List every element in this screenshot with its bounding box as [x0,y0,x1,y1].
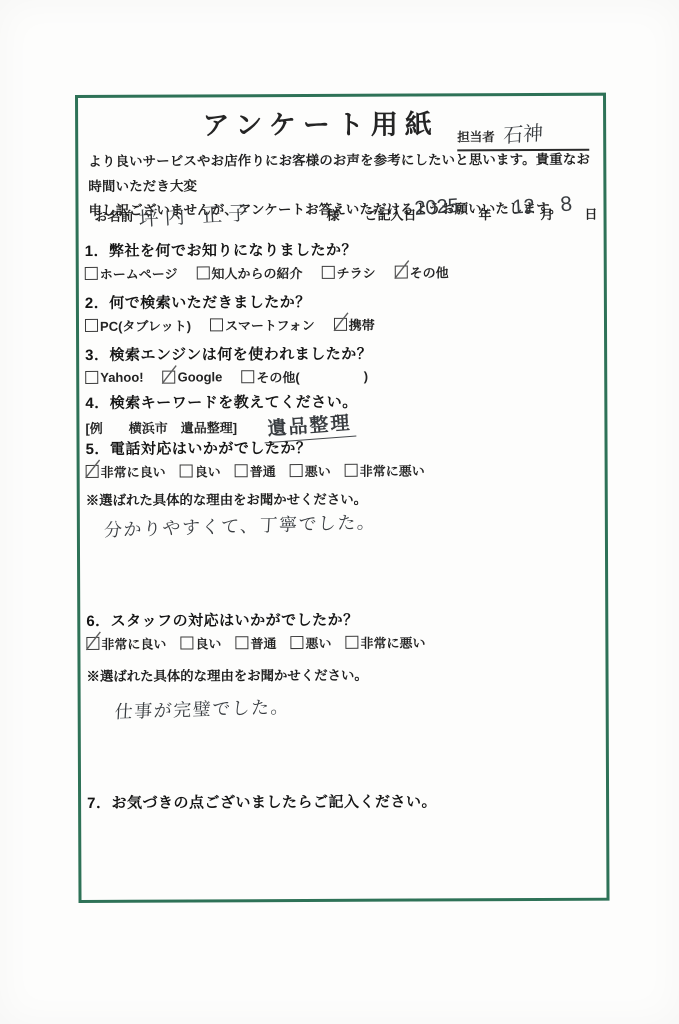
option-good: 良い [180,633,221,652]
option-normal: 普通 [235,461,276,480]
option-good: 良い [180,461,221,480]
checkbox [345,464,358,477]
checkmark-icon [161,365,181,389]
question-7-heading: 7．お気づきの点ございましたらご記入ください。 [87,790,596,813]
option-referral: 知人からの紹介 [196,263,302,282]
question-6-reason-note: ※選ばれた具体的な理由をお聞かせください。 [86,664,595,685]
option-normal: 普通 [235,633,276,652]
option-label: 悪い [305,461,331,480]
month-handwritten: 12 [512,195,536,219]
option-label: 非常に悪い [360,632,425,651]
respondent-row: お名前 坪内 正子 様 ご記入日 2025 年 12 月 8 日 [88,196,593,238]
checkmark-icon [332,312,352,336]
question-1-heading: 1．弊社を何でお知りになりましたか？ [85,238,594,261]
question-6-reason-handwritten: 仕事が完璧でした。 [114,683,596,724]
checkbox [334,318,347,331]
option-label: その他( [256,367,299,386]
checkbox [86,465,99,478]
option-label: その他 [410,262,449,281]
question-2-heading: 2．何で検索いただきましたか？ [85,290,594,313]
option-label: Yahoo! [100,370,143,385]
option-bad: 悪い [290,633,331,652]
checkbox [180,636,193,649]
option-label: PC(タブレット) [100,315,191,334]
option-very-bad: 非常に悪い [345,460,425,479]
option-label: 悪い [305,633,331,652]
option-homepage: ホームページ [85,264,178,283]
staff-field: 担当者 石神 [457,118,589,152]
honorific-label: 様 [326,205,339,224]
question-5-heading: 5．電話対応はいかがでしたか？ [85,436,594,459]
option-label: 良い [195,633,221,652]
question-3-heading: 3．検索エンジンは何を使われましたか？ [85,342,594,365]
intro-line-1: より良いサービスやお店作りにお客様のお声を参考にしたいと思います。貴重なお時間い… [88,148,593,199]
page-title: アンケート用紙 [202,109,479,140]
checkbox [86,637,99,650]
checkbox [85,319,98,332]
question-7-blank-answer-area [91,816,596,898]
staff-name-handwritten: 石神 [502,116,543,148]
date-label: ご記入日 [364,205,416,224]
option-mobile: 携帯 [334,315,375,334]
day-unit-label: 日 [584,204,597,223]
checkmark-icon [84,459,104,483]
option-flyer: チラシ [322,263,376,282]
option-bad: 悪い [290,461,331,480]
option-very-bad: 非常に悪い [345,632,425,651]
checkbox [395,266,408,279]
option-label: 良い [195,461,221,480]
month-unit-label: 月 [540,204,553,223]
option-yahoo: Yahoo! [85,370,143,385]
option-pc-tablet: PC(タブレット) [85,315,191,334]
checkbox [241,370,254,383]
option-google: Google [163,369,223,384]
option-very-good: 非常に良い [86,462,166,481]
checkbox [290,464,303,477]
checkbox [210,318,223,331]
checkmark-icon [84,631,104,655]
green-border-frame: アンケート用紙 担当者 石神 より良いサービスやお店作りにお客様のお声を参考にし… [75,93,610,903]
option-label: 非常に良い [101,462,166,481]
keyword-example: [例 横浜市 遺品整理] [85,417,237,437]
option-label: スマートフォン [225,315,315,334]
checkbox [345,636,358,649]
option-other: その他 [395,262,449,281]
question-1-options: ホームページ 知人からの紹介 チラシ その他 [85,262,594,283]
option-label: 普通 [250,633,276,652]
checkbox [180,464,193,477]
question-3-options: Yahoo! Google その他( ) [85,366,594,387]
option-label: 普通 [250,461,276,480]
year-handwritten: 2025 [414,195,460,221]
option-other-engine: その他( ) [241,367,368,387]
option-very-good: 非常に良い [86,634,166,653]
checkmark-icon [393,260,413,284]
option-label: 携帯 [349,315,375,334]
checkbox [85,267,98,280]
checkbox [196,266,209,279]
checkbox [163,371,176,384]
checkbox [322,266,335,279]
day-handwritten: 8 [559,192,573,217]
question-6-heading: 6．スタッフの対応はいかがでしたか？ [86,608,595,631]
year-unit-label: 年 [478,204,491,223]
question-6-options: 非常に良い 良い 普通 悪い 非常に悪い [86,632,595,653]
option-label: チラシ [337,263,376,282]
checkbox [85,371,98,384]
checkbox [290,636,303,649]
name-handwritten: 坪内 正子 [138,196,255,232]
question-2-options: PC(タブレット) スマートフォン 携帯 [85,314,594,335]
option-label: ホームページ [100,264,178,283]
option-label: 知人からの紹介 [211,263,302,282]
scanned-questionnaire-page: アンケート用紙 担当者 石神 より良いサービスやお店作りにお客様のお声を参考にし… [0,0,679,1024]
question-5-options: 非常に良い 良い 普通 悪い 非常に悪い [86,460,595,481]
option-label: Google [178,369,223,384]
closing-paren: ) [364,369,368,384]
option-smartphone: スマートフォン [210,315,315,334]
option-label: 非常に良い [101,634,166,653]
option-label: 非常に悪い [360,460,425,479]
name-label: お名前 [94,206,133,225]
checkbox [235,464,248,477]
staff-label: 担当者 [457,127,495,145]
checkbox [235,636,248,649]
